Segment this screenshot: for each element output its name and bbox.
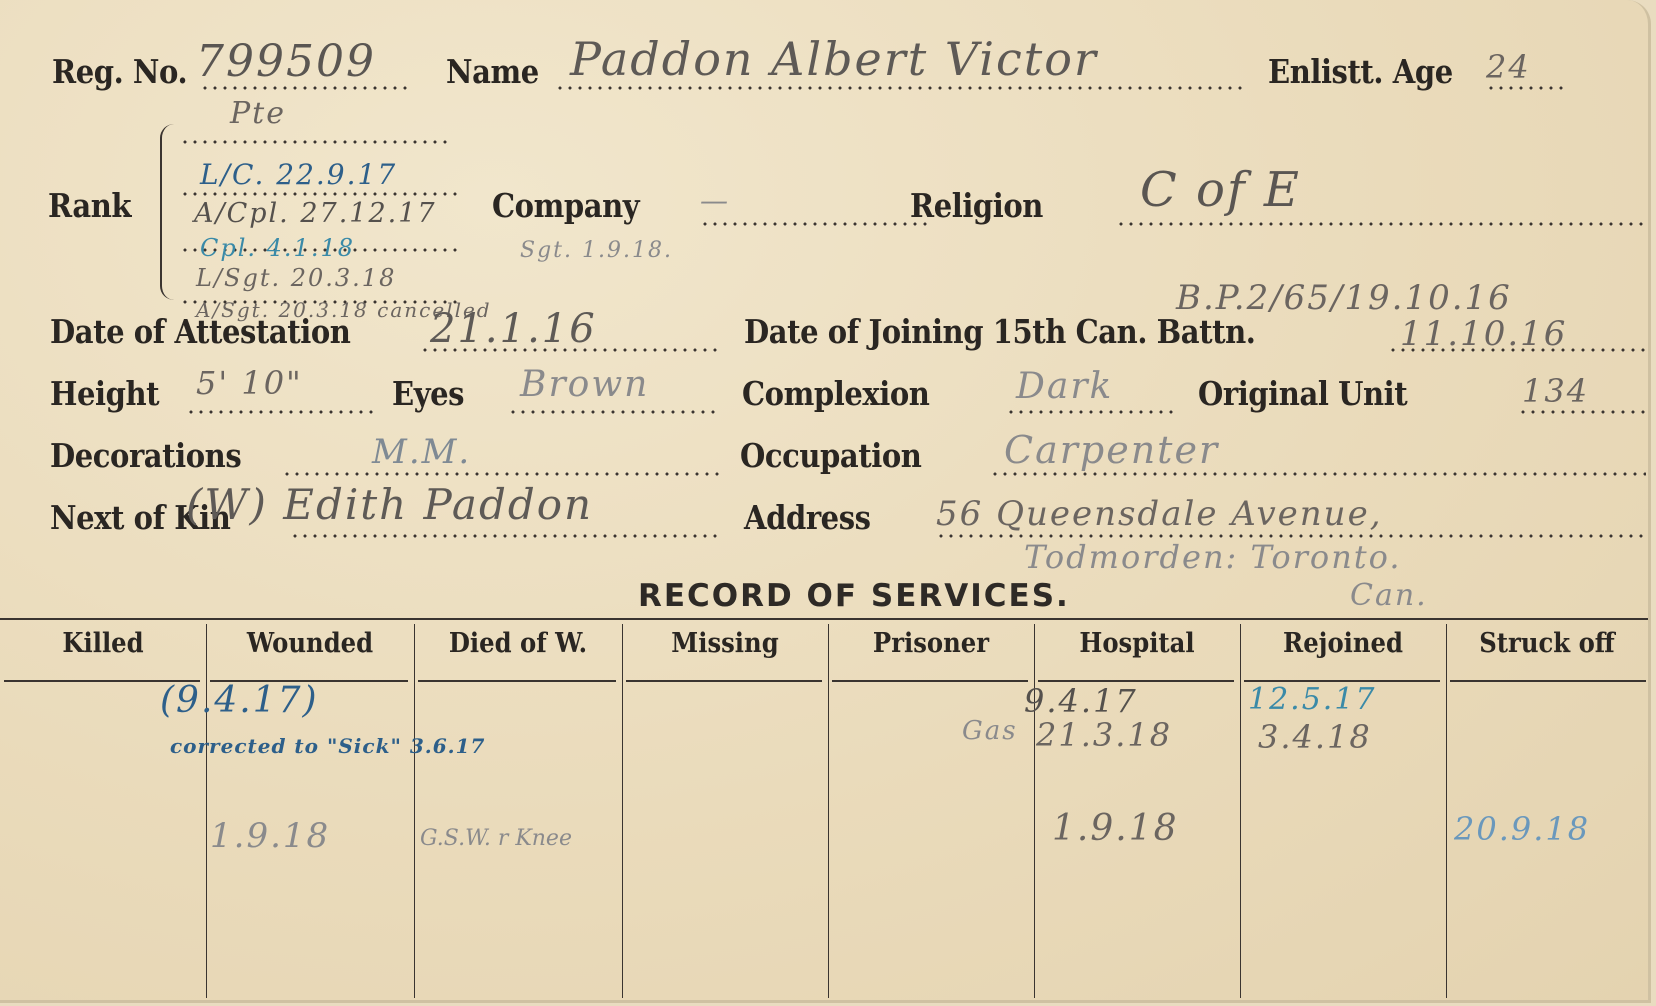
column-header-rejoined: Rejoined xyxy=(1250,628,1435,668)
next-of-kin-dotted-line xyxy=(290,534,720,538)
height-value: 5' 10" xyxy=(196,364,303,402)
decorations-label: Decorations xyxy=(50,436,241,475)
column-divider xyxy=(1446,624,1447,998)
hospital-entry-2: 1.9.18 xyxy=(1052,808,1179,849)
struck-off-entry-0: 20.9.18 xyxy=(1454,810,1590,848)
service-record-card: Reg. No. 799509 Name Paddon Albert Victo… xyxy=(0,0,1651,1003)
rank-entry-3: Cpl. 4.1.18 xyxy=(200,234,355,262)
address-line-3: Can. xyxy=(1350,578,1428,613)
name-dotted-line xyxy=(555,86,1245,90)
reg-no-label: Reg. No. xyxy=(52,52,187,91)
rejoined-entry-0: 12.5.17 xyxy=(1248,682,1377,717)
complexion-value: Dark xyxy=(1016,366,1113,407)
religion-label: Religion xyxy=(910,186,1043,225)
wounded-entry-0: (9.4.17) xyxy=(160,680,319,721)
company-label: Company xyxy=(492,186,639,225)
column-header-hospital: Hospital xyxy=(1044,628,1229,668)
rank-line-1 xyxy=(180,140,450,144)
column-header-missing: Missing xyxy=(632,628,817,668)
reg-no-value: 799509 xyxy=(196,36,376,87)
header-rule xyxy=(626,680,822,682)
column-header-struck-off: Struck off xyxy=(1456,628,1638,668)
header-rule xyxy=(832,680,1028,682)
rank-brace xyxy=(160,124,178,300)
address-line-1: 56 Queensdale Avenue, xyxy=(936,494,1383,534)
name-value: Paddon Albert Victor xyxy=(570,32,1098,86)
column-divider xyxy=(1034,624,1035,998)
height-label: Height xyxy=(50,374,159,413)
column-header-prisoner: Prisoner xyxy=(838,628,1023,668)
died-of-wounds-entry-0: G.S.W. r Knee xyxy=(420,826,572,851)
occupation-value: Carpenter xyxy=(1004,428,1219,472)
header-rule xyxy=(418,680,616,682)
name-label: Name xyxy=(446,52,539,91)
wounded-entry-1: corrected to "Sick" 3.6.17 xyxy=(170,734,485,758)
address-label: Address xyxy=(744,498,871,537)
enlistment-age-value: 24 xyxy=(1486,48,1531,86)
column-divider xyxy=(414,624,415,998)
column-divider xyxy=(828,624,829,998)
address-line-2: Todmorden: Toronto. xyxy=(1024,538,1402,576)
complexion-label: Complexion xyxy=(742,374,929,413)
eyes-dotted-line xyxy=(508,410,720,414)
rank-entry-4: L/Sgt. 20.3.18 xyxy=(196,264,396,292)
occupation-dotted-line xyxy=(990,472,1646,476)
company-note: Sgt. 1.9.18. xyxy=(520,238,673,263)
decorations-dotted-line xyxy=(282,472,720,476)
original-unit-dotted-line xyxy=(1518,410,1646,414)
header-rule xyxy=(1450,680,1646,682)
height-dotted-line xyxy=(186,410,376,414)
column-divider xyxy=(1240,624,1241,998)
rejoined-entry-1: 3.4.18 xyxy=(1258,718,1372,756)
column-header-died-of-wounds: Died of W. xyxy=(424,628,611,668)
religion-dotted-line xyxy=(1116,222,1646,226)
religion-value: C of E xyxy=(1140,162,1301,218)
next-of-kin-value: (W) Edith Paddon xyxy=(186,480,593,529)
record-of-services-title: RECORD OF SERVICES. xyxy=(638,578,1070,614)
occupation-label: Occupation xyxy=(740,436,921,475)
joining-value: 11.10.16 xyxy=(1400,314,1567,354)
rank-line-2 xyxy=(180,192,460,196)
joining-label: Date of Joining 15th Can. Battn. xyxy=(744,312,1255,351)
rank-entry-0: Pte xyxy=(230,96,286,131)
eyes-value: Brown xyxy=(520,364,649,405)
decorations-value: M.M. xyxy=(372,432,471,472)
hospital-entry-0: 9.4.17 xyxy=(1024,682,1138,720)
table-top-rule xyxy=(0,618,1648,620)
eyes-label: Eyes xyxy=(392,374,464,413)
company-dotted-line xyxy=(700,222,930,226)
prisoner-entry-0: Gas xyxy=(962,716,1018,746)
column-header-wounded: Wounded xyxy=(216,628,403,668)
rank-entry-2: A/Cpl. 27.12.17 xyxy=(194,198,437,229)
attestation-label: Date of Attestation xyxy=(50,312,350,351)
wounded-entry-2: 1.9.18 xyxy=(210,816,330,856)
attestation-value: 21.1.16 xyxy=(430,306,597,352)
original-unit-label: Original Unit xyxy=(1198,374,1407,413)
enlistment-age-label: Enlistt. Age xyxy=(1268,52,1453,91)
age-dotted-line xyxy=(1486,86,1566,90)
original-unit-value: 134 xyxy=(1522,372,1589,410)
column-divider xyxy=(622,624,623,998)
rank-entry-1: L/C. 22.9.17 xyxy=(200,158,397,191)
hospital-entry-1: 21.3.18 xyxy=(1036,716,1172,754)
company-value: — xyxy=(700,184,730,217)
complexion-dotted-line xyxy=(1006,410,1176,414)
column-header-killed: Killed xyxy=(10,628,195,668)
rank-label: Rank xyxy=(48,186,131,225)
